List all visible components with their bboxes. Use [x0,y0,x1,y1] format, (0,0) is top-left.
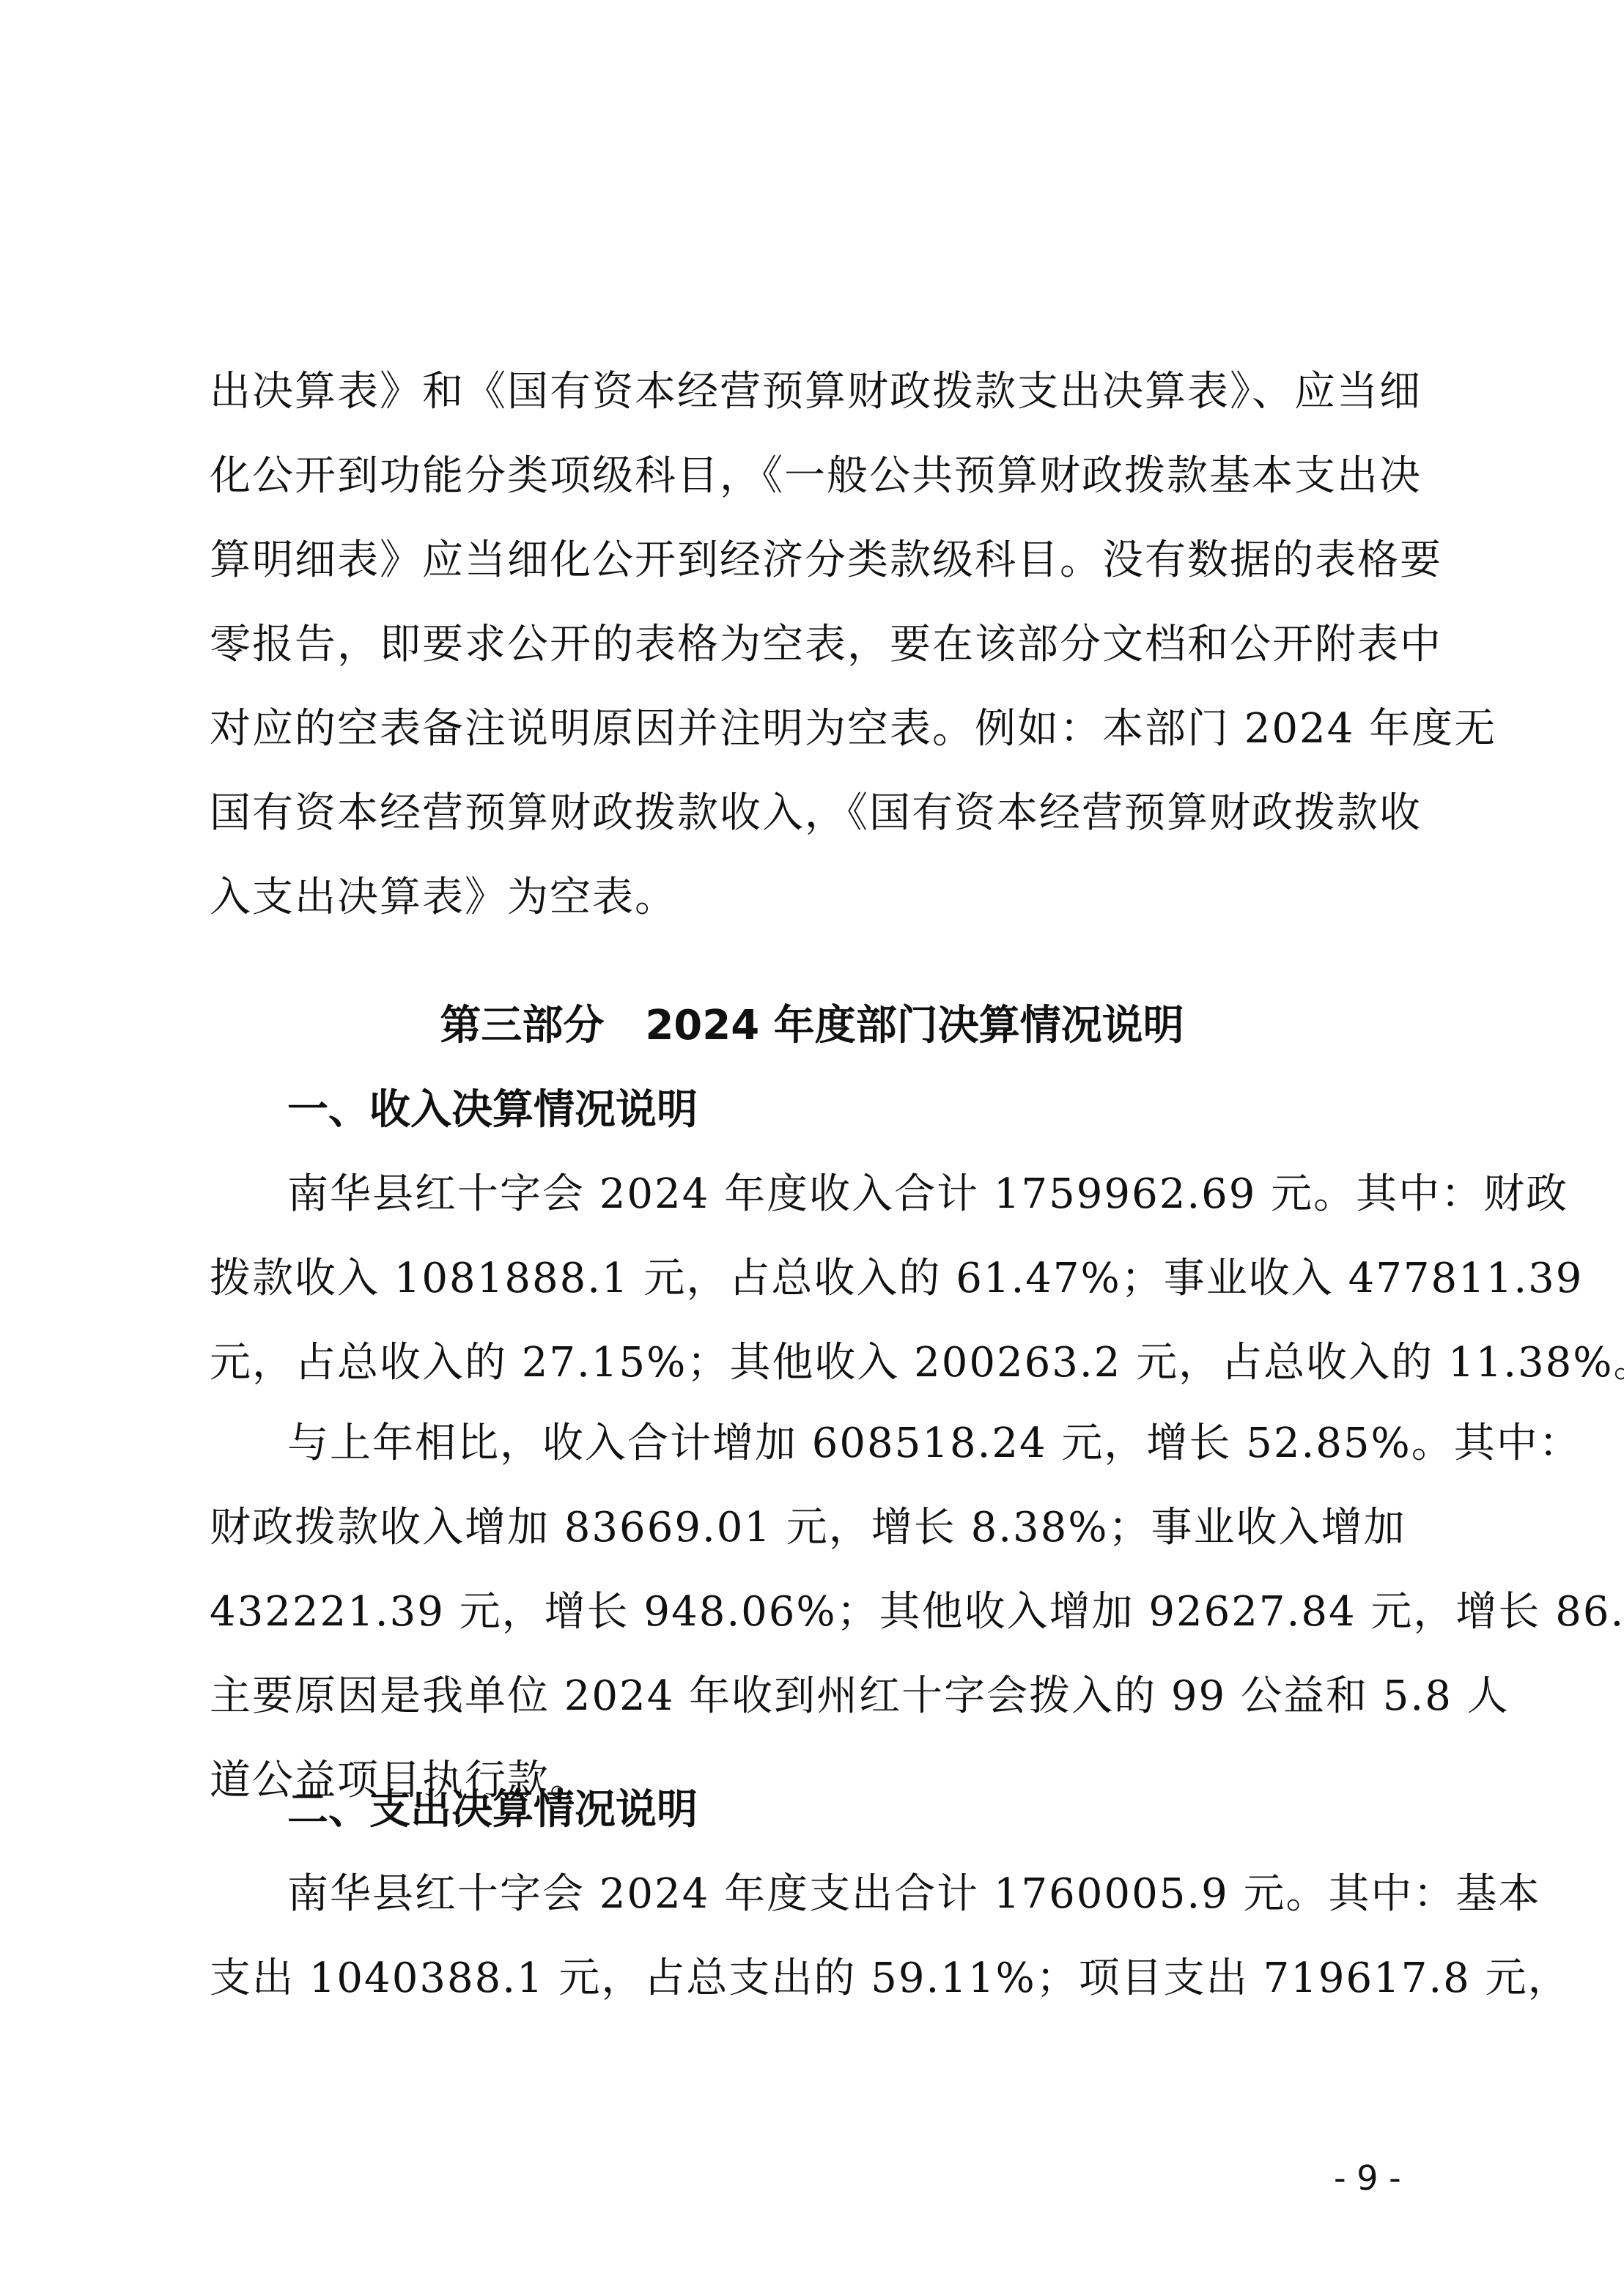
text-line: 与上年相比，收入合计增加 608518.24 元，增长 52.85%。其中： [287,1414,1489,1473]
text-line: 财政拨款收入增加 83669.01 元，增长 8.38%；事业收入增加 [210,1499,1411,1557]
text-line: 主要原因是我单位 2024 年收到州红十字会拨入的 99 公益和 5.8 人 [210,1667,1411,1726]
text-line: 算明细表》应当细化公开到经济分类款级科目。没有数据的表格要 [210,531,1411,590]
page-number: - 9 - [1334,2158,1401,2198]
document-page: 出决算表》和《国有资本经营预算财政拨款支出决算表》、应当细 化公开到功能分类项级… [0,0,1624,2296]
text-line: 出决算表》和《国有资本经营预算财政拨款支出决算表》、应当细 [210,363,1411,421]
section-heading-income: 一、收入决算情况说明 [287,1081,698,1140]
text-line: 化公开到功能分类项级科目，《一般公共预算财政拨款基本支出决 [210,447,1411,506]
text-line: 对应的空表备注说明原因并注明为空表。例如：本部门 2024 年度无 [210,700,1411,758]
text-line: 南华县红十字会 2024 年度支出合计 1760005.9 元。其中：基本 [287,1865,1489,1924]
text-line: 零报告，即要求公开的表格为空表，要在该部分文档和公开附表中 [210,616,1411,674]
text-line: 拨款收入 1081888.1 元，占总收入的 61.47%；事业收入 47781… [210,1249,1411,1308]
text-line: 国有资本经营预算财政拨款收入，《国有资本经营预算财政拨款收 [210,784,1411,843]
section-heading-expenditure: 二、支出决算情况说明 [287,1781,698,1839]
text-line: 432221.39 元，增长 948.06%；其他收入增加 92627.84 元… [210,1583,1411,1642]
part-title: 第三部分 2024 年度部门决算情况说明 [0,997,1624,1055]
text-line: 南华县红十字会 2024 年度收入合计 1759962.69 元。其中：财政 [287,1165,1489,1224]
text-line: 支出 1040388.1 元，占总支出的 59.11%；项目支出 719617.… [210,1949,1411,2008]
text-line: 元，占总收入的 27.15%；其他收入 200263.2 元，占总收入的 11.… [210,1334,1411,1392]
text-line: 入支出决算表》为空表。 [210,868,1411,927]
